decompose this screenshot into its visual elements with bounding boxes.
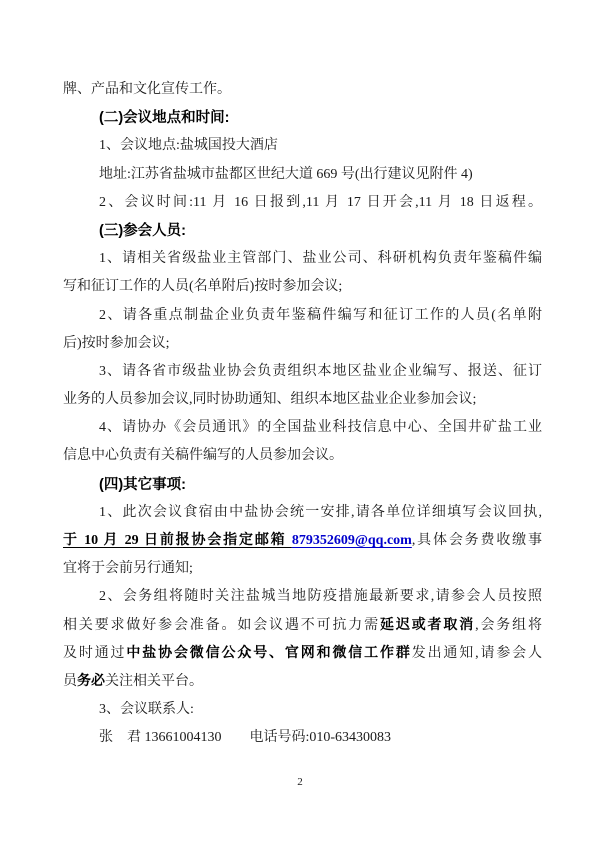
text-segment: 1、请相关省级盐业主管部门、盐业公司、科研机构负责年鉴稿件编 [99,251,542,266]
text-line: 写和征订工作的人员(名单附后)按时参加会议; [63,273,542,301]
text-segment: 1、会议地点:盐城国投大酒店 [99,138,278,153]
text-segment: ,会务组将 [475,618,542,633]
text-line: 信息中心负责有关稿件编写的人员参加会议。 [63,442,542,470]
text-line: 1、会议地点:盐城国投大酒店 [63,132,542,160]
text-segment: 宜将于会前另行通知; [63,561,193,576]
text-segment: (二)会议地点和时间: [99,110,230,126]
text-segment: 2、请各重点制盐企业负责年鉴稿件编写和征订工作的人员(名单附 [99,308,542,323]
text-segment: 1、此次会议食宿由中盐协会统一安排,请各单位详细填写会议回执, [99,505,542,520]
text-segment: 延迟或者取消 [380,618,475,633]
text-segment: 务必 [77,674,105,689]
text-line: 后)按时参加会议; [63,330,542,358]
text-line: 员务必关注相关平台。 [63,668,542,696]
text-segment: (三)参会人员: [99,223,186,239]
text-line: 2、会务组将随时关注盐城当地防疫措施最新要求,请参会人员按照 [63,583,542,611]
text-line: 业务的人员参加会议,同时协助通知、组织本地区盐业企业参加会议; [63,386,542,414]
text-segment: 2、会议时间:11 月 16 日报到,11 月 17 日开会,11 月 18 日… [99,195,542,210]
text-segment: 后)按时参加会议; [63,336,170,351]
section-heading: (二)会议地点和时间: [63,104,542,132]
text-segment: 关注相关平台。 [105,674,203,689]
text-line: 张 君 13661004130 电话号码:010-63430083 [63,724,542,752]
email-link[interactable]: 879352609@qq.com [292,533,412,548]
text-segment: 于 10 月 29 日前报协会指定邮箱 [63,533,292,548]
text-line: 2、会议时间:11 月 16 日报到,11 月 17 日开会,11 月 18 日… [63,189,542,217]
text-line: 2、请各重点制盐企业负责年鉴稿件编写和征订工作的人员(名单附 [63,302,542,330]
text-line: 宜将于会前另行通知; [63,555,542,583]
text-segment: 张 君 13661004130 电话号码:010-63430083 [99,730,391,745]
text-segment: 4、请协办《会员通讯》的全国盐业科技信息中心、全国井矿盐工业 [99,420,542,435]
text-segment: 3、会议联系人: [99,702,194,717]
text-line: 1、此次会议食宿由中盐协会统一安排,请各单位详细填写会议回执, [63,499,542,527]
text-segment: 发出通知,请参会人 [412,646,542,661]
text-line: 牌、产品和文化宣传工作。 [63,76,542,104]
text-segment: 及时通过 [63,646,126,661]
document-page: 牌、产品和文化宣传工作。(二)会议地点和时间:1、会议地点:盐城国投大酒店地址:… [0,0,600,848]
text-line: 及时通过中盐协会微信公众号、官网和微信工作群发出通知,请参会人 [63,640,542,668]
document-text-block: 牌、产品和文化宣传工作。(二)会议地点和时间:1、会议地点:盐城国投大酒店地址:… [63,76,542,753]
text-line: 3、请各省市级盐业协会负责组织本地区盐业企业编写、报送、征订 [63,358,542,386]
text-segment: ,具体会务费收缴事 [412,533,542,548]
text-line: 4、请协办《会员通讯》的全国盐业科技信息中心、全国井矿盐工业 [63,414,542,442]
text-segment: 地址:江苏省盐城市盐都区世纪大道 669 号(出行建议见附件 4) [99,167,473,182]
text-segment: 写和征订工作的人员(名单附后)按时参加会议; [63,279,342,294]
text-line: 3、会议联系人: [63,696,542,724]
text-segment: 业务的人员参加会议,同时协助通知、组织本地区盐业企业参加会议; [63,392,476,407]
text-segment: 3、请各省市级盐业协会负责组织本地区盐业企业编写、报送、征订 [99,364,542,379]
text-segment: (四)其它事项: [99,477,186,493]
text-segment: 相关要求做好参会准备。如会议遇不可抗力需 [63,618,380,633]
text-line: 相关要求做好参会准备。如会议遇不可抗力需延迟或者取消,会务组将 [63,612,542,640]
text-line: 1、请相关省级盐业主管部门、盐业公司、科研机构负责年鉴稿件编 [63,245,542,273]
text-segment: 信息中心负责有关稿件编写的人员参加会议。 [63,448,343,463]
text-segment: 牌、产品和文化宣传工作。 [63,82,231,97]
section-heading: (三)参会人员: [63,217,542,245]
text-line: 地址:江苏省盐城市盐都区世纪大道 669 号(出行建议见附件 4) [63,161,542,189]
page-number: 2 [0,774,600,790]
section-heading: (四)其它事项: [63,471,542,499]
text-segment: 中盐协会微信公众号、官网和微信工作群 [126,646,411,661]
text-segment: 2、会务组将随时关注盐城当地防疫措施最新要求,请参会人员按照 [99,589,542,604]
text-segment: 员 [63,674,77,689]
text-line: 于 10 月 29 日前报协会指定邮箱 879352609@qq.com,具体会… [63,527,542,555]
